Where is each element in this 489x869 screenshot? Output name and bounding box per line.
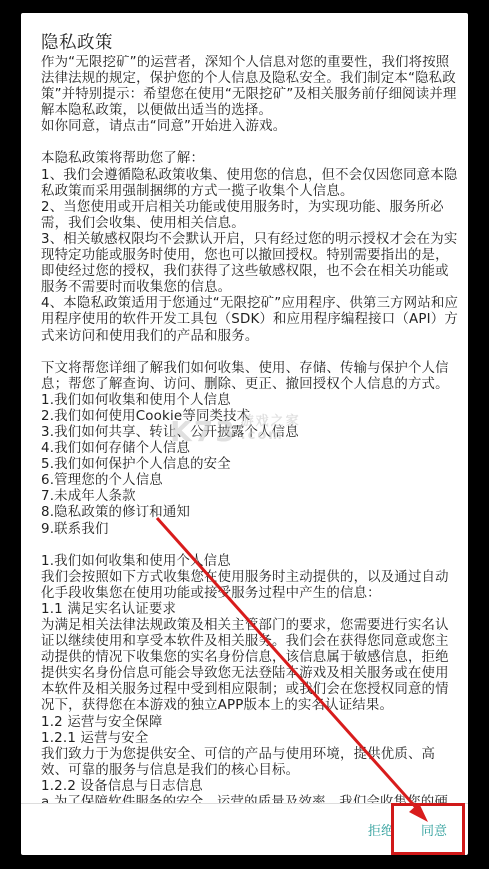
policy-paragraph: 1.1 满足实名认证要求 [41, 602, 459, 618]
policy-paragraph: 3、相关敏感权限均不会默认开启，只有经过您的明示授权才会在为实现特定功能或服务时… [41, 232, 459, 296]
policy-paragraph: 2.我们如何使用Cookie等同类技术 [41, 409, 459, 425]
privacy-policy-dialog: 隐私政策 作为“无限挖矿”的运营者，深知个人信息对您的重要性，我们将按照法律法规… [21, 13, 468, 855]
policy-paragraph: 1.2 运营与安全保障 [41, 715, 459, 731]
policy-paragraph: 8.隐私政策的修订和通知 [41, 505, 459, 521]
paragraph-gap [41, 345, 459, 361]
policy-paragraph: 1.2.1 运营与安全 [41, 731, 459, 747]
policy-paragraph: 7.未成年人条款 [41, 489, 459, 505]
policy-paragraph: 为满足相关法律法规政策及相关主管部门的要求，您需要进行实名认证以继续使用和享受本… [41, 618, 459, 715]
policy-paragraph: 1.我们如何收集和使用个人信息 [41, 554, 459, 570]
policy-paragraph: 作为“无限挖矿”的运营者，深知个人信息对您的重要性，我们将按照法律法规的规定，保… [41, 55, 459, 119]
paragraph-gap [41, 135, 459, 151]
policy-paragraph: 1.我们如何收集和使用个人信息 [41, 393, 459, 409]
paragraph-gap [41, 538, 459, 554]
agree-highlight-box [391, 803, 465, 855]
policy-paragraph: 我们致力于为您提供安全、可信的产品与使用环境，提供优质、高效、可靠的服务与信息是… [41, 747, 459, 779]
policy-paragraph: 如你同意，请点击“同意”开始进入游戏。 [41, 119, 459, 135]
policy-paragraph: 下文将帮您详细了解我们如何收集、使用、存储、传输与保护个人信息；帮您了解查询、访… [41, 361, 459, 393]
policy-paragraph: 9.联系我们 [41, 522, 459, 538]
policy-paragraph: 2、当您使用或开启相关功能或使用服务时，为实现功能、服务所必需，我们会收集、使用… [41, 200, 459, 232]
policy-paragraph: 3.我们如何共享、转让、公开披露个人信息 [41, 425, 459, 441]
policy-paragraph: 5.我们如何保护个人信息的安全 [41, 457, 459, 473]
policy-paragraph: 1、我们会遵循隐私政策收集、使用您的信息，但不会仅因您同意本隐私政策而采用强制捆… [41, 168, 459, 200]
policy-content-scroll[interactable]: 作为“无限挖矿”的运营者，深知个人信息对您的重要性，我们将按照法律法规的规定，保… [41, 55, 459, 803]
policy-paragraph: 6.管理您的个人信息 [41, 473, 459, 489]
policy-paragraph: 4、本隐私政策适用于您通过“无限挖矿”应用程序、供第三方网站和应用程序使用的软件… [41, 296, 459, 344]
policy-paragraph: 1.2.2 设备信息与日志信息 [41, 779, 459, 795]
policy-paragraph: 本隐私政策将帮助您了解： [41, 151, 459, 167]
dialog-title: 隐私政策 [41, 29, 113, 54]
policy-paragraph: a.为了保障软件服务的安全、运营的质量及效率，我们会收集您的硬件型号、操作系统版… [41, 795, 459, 803]
policy-paragraph: 4.我们如何存储个人信息 [41, 441, 459, 457]
policy-paragraph: 我们会按照如下方式收集您在使用服务时主动提供的，以及通过自动化手段收集您在使用功… [41, 570, 459, 602]
